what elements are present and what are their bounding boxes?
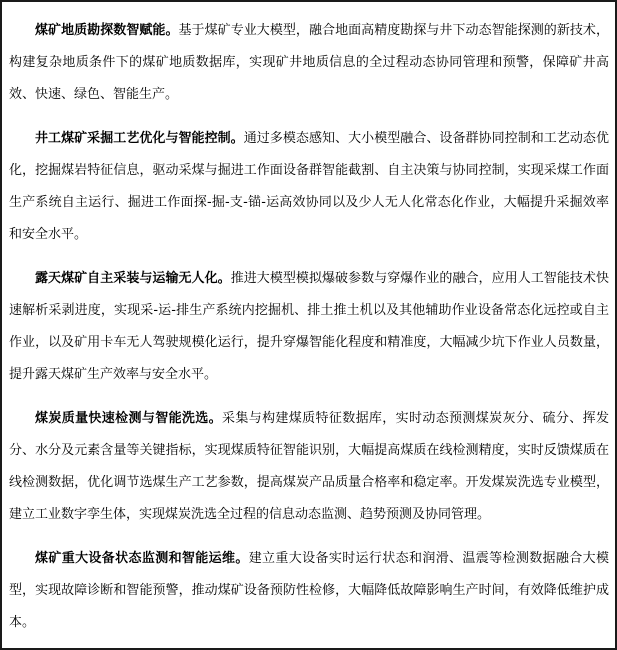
paragraph-heading: 煤矿地质勘探数智赋能。: [35, 23, 179, 38]
paragraph-body: 采集与构建煤质特征数据库，实时动态预测煤炭灰分、硫分、挥发分、水分及元素含量等关…: [9, 411, 609, 522]
paragraph-heading: 井工煤矿采掘工艺优化与智能控制。: [35, 131, 244, 146]
paragraph-body: 推进大模型模拟爆破参数与穿爆作业的融合，应用人工智能技术快速解析采剥进度，实现采…: [9, 271, 609, 382]
paragraph-heading: 煤矿重大设备状态监测和智能运维。: [35, 551, 249, 566]
paragraph-heading: 煤炭质量快速检测与智能洗选。: [35, 411, 222, 426]
paragraph-underground-mining: 井工煤矿采掘工艺优化与智能控制。通过多模态感知、大小模型融合、设备群协同控制和工…: [9, 123, 609, 251]
paragraph-openpit-mining: 露天煤矿自主采装与运输无人化。推进大模型模拟爆破参数与穿爆作业的融合，应用人工智…: [9, 263, 609, 391]
paragraph-equipment-monitoring: 煤矿重大设备状态监测和智能运维。建立重大设备实时运行状态和润滑、温震等检测数据融…: [9, 543, 609, 639]
paragraph-geology-exploration: 煤矿地质勘探数智赋能。基于煤矿专业大模型，融合地面高精度勘探与井下动态智能探测的…: [9, 15, 609, 111]
paragraph-coal-quality-washing: 煤炭质量快速检测与智能洗选。采集与构建煤质特征数据库，实时动态预测煤炭灰分、硫分…: [9, 403, 609, 531]
paragraph-heading: 露天煤矿自主采装与运输无人化。: [35, 271, 231, 286]
paragraph-body: 通过多模态感知、大小模型融合、设备群协同控制和工艺动态优化，挖掘煤岩特征信息，驱…: [9, 131, 609, 242]
document-page: 煤矿地质勘探数智赋能。基于煤矿专业大模型，融合地面高精度勘探与井下动态智能探测的…: [0, 0, 617, 650]
